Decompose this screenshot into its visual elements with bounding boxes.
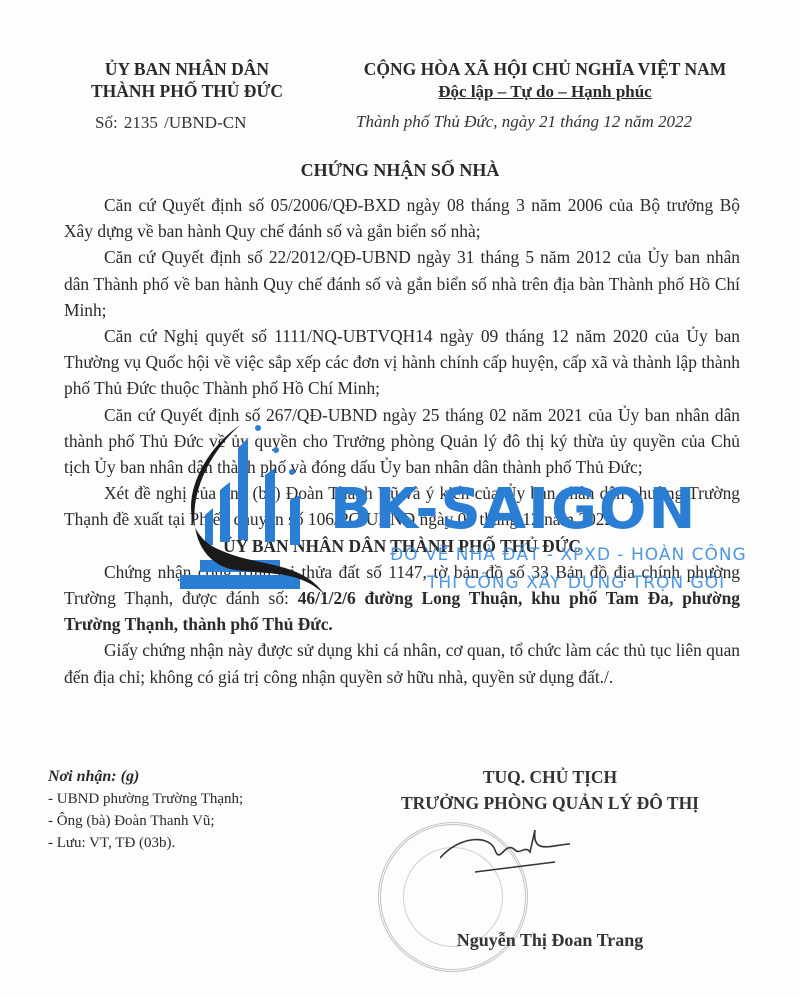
document-body: Căn cứ Quyết định số 05/2006/QĐ-BXD ngày…	[64, 192, 740, 690]
nation-motto: Độc lập – Tự do – Hạnh phúc	[345, 80, 745, 104]
agency-line1: ỦY BAN NHÂN DÂN	[62, 58, 312, 80]
doc-number: Số: 2135 /UBND-CN	[95, 113, 246, 133]
usage-note: Giấy chứng nhận này được sử dụng khi cá …	[64, 637, 740, 689]
agency-line2: THÀNH PHỐ THỦ ĐỨC	[62, 80, 312, 102]
watermark-tagline2: THI CÔNG XÂY DỰNG TRỌN GÓI	[427, 573, 725, 593]
paragraph: Căn cứ Nghị quyết số 1111/NQ-UBTVQH14 ng…	[64, 323, 740, 402]
watermark-brand: BK-SAIGON	[330, 480, 697, 540]
document-title: CHỨNG NHẬN SỐ NHÀ	[0, 160, 800, 181]
recipients-block: Nơi nhận: (g) - UBND phường Trường Thạnh…	[48, 766, 243, 854]
signer-name: Nguyễn Thị Đoan Trang	[360, 930, 740, 951]
document-page: ỦY BAN NHÂN DÂN THÀNH PHỐ THỦ ĐỨC Số: 21…	[0, 0, 800, 998]
paragraph: Căn cứ Quyết định số 267/QĐ-UBND ngày 25…	[64, 402, 740, 481]
paragraph: Căn cứ Quyết định số 22/2012/QĐ-UBND ngà…	[64, 244, 740, 323]
handwritten-signature-icon	[440, 830, 620, 890]
recipient-item: - Ông (bà) Đoàn Thanh Vũ;	[48, 810, 243, 832]
paragraph: Căn cứ Quyết định số 05/2006/QĐ-BXD ngày…	[64, 192, 740, 244]
certification-paragraph: Chứng nhận công trình tại thửa đất số 11…	[64, 559, 740, 638]
signature-line1: TUQ. CHỦ TỊCH	[360, 764, 740, 790]
recipient-item: - UBND phường Trường Thạnh;	[48, 788, 243, 810]
nation-line1: CỘNG HÒA XÃ HỘI CHỦ NGHĨA VIỆT NAM	[345, 58, 745, 80]
recipients-heading: Nơi nhận: (g)	[48, 766, 243, 788]
nation-header: CỘNG HÒA XÃ HỘI CHỦ NGHĨA VIỆT NAM Độc l…	[345, 58, 745, 104]
agency-header: ỦY BAN NHÂN DÂN THÀNH PHỐ THỦ ĐỨC	[62, 58, 312, 102]
signature-line2: TRƯỞNG PHÒNG QUẢN LÝ ĐÔ THỊ	[360, 790, 740, 816]
watermark-tagline1: ĐO VẼ NHÀ ĐẤT - XPXD - HOÀN CÔNG	[390, 545, 747, 565]
recipient-item: - Lưu: VT, TĐ (03b).	[48, 832, 243, 854]
place-date: Thành phố Thủ Đức, ngày 21 tháng 12 năm …	[356, 112, 692, 132]
signature-block: TUQ. CHỦ TỊCH TRƯỞNG PHÒNG QUẢN LÝ ĐÔ TH…	[360, 764, 740, 816]
